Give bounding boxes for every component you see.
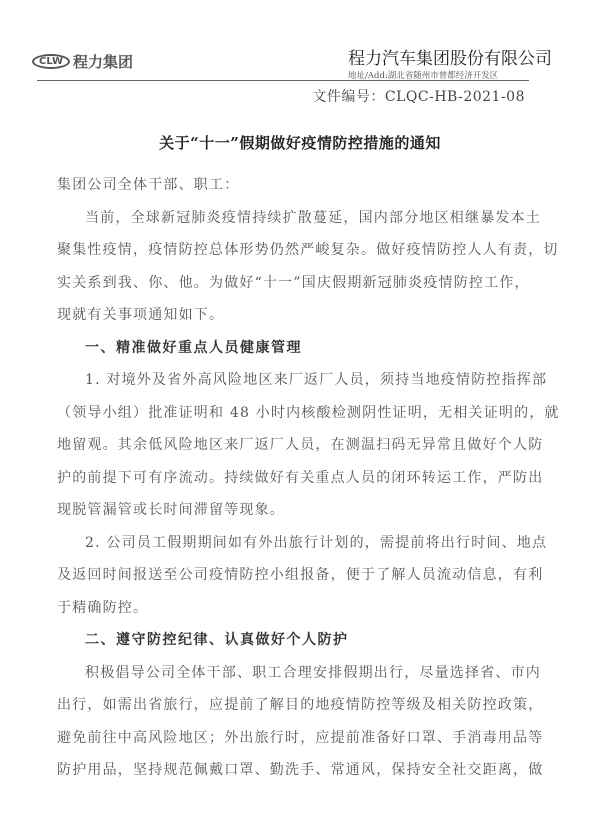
paragraph-line: 2. 公司员工假期期间如有外出旅行计划的，需提前将出行时间、地点: [57, 527, 529, 560]
paragraph-line: 1. 对境外及省外高风险地区来厂返厂人员，须持当地疫情防控指挥部: [57, 364, 529, 397]
paragraph-line: 护的前提下可有序流动。持续做好有关重点人员的闭环转运工作，严防出: [57, 462, 529, 495]
paragraph-line: 现脱管漏管或长时间滞留等现象。: [57, 494, 529, 527]
paragraph-line: （领导小组）批准证明和 48 小时内核酸检测阴性证明，无相关证明的，就: [57, 397, 529, 430]
paragraph-line: 实关系到我、你、他。为做好“十一”国庆假期新冠肺炎疫情防控工作，: [57, 267, 529, 300]
paragraph-line: 积极倡导公司全体干部、职工合理安排假期出行，尽量选择省、市内: [57, 657, 529, 690]
section-heading: 一、精准做好重点人员健康管理: [57, 332, 529, 365]
section-heading: 二、遵守防控纪律、认真做好个人防护: [57, 624, 529, 657]
document-number: 文件编号：CLQC-HB-2021-08: [312, 86, 525, 106]
paragraph-line: 当前，全球新冠肺炎疫情持续扩散蔓延，国内部分地区相继暴发本土: [57, 202, 529, 235]
paragraph-line: 及返回时间报送至公司疫情防控小组报备，便于了解人员流动信息，有利: [57, 559, 529, 592]
paragraph-line: 现就有关事项通知如下。: [57, 299, 529, 332]
company-name: 程力汽车集团股份有限公司: [348, 44, 552, 69]
paragraph-line: 聚集性疫情，疫情防控总体形势仍然严峻复杂。做好疫情防控人人有责，切: [57, 234, 529, 267]
document-body: 集团公司全体干部、职工： 当前，全球新冠肺炎疫情持续扩散蔓延，国内部分地区相继暴…: [57, 169, 529, 787]
header-divider: [37, 80, 529, 81]
company-logo: CLW 程力集团: [32, 51, 133, 72]
paragraph-line: 防护用品，坚持规范佩戴口罩、勤洗手、常通风，保持安全社交距离，做: [57, 754, 529, 787]
paragraph-line: 于精确防控。: [57, 592, 529, 625]
paragraph-line: 避免前往中高风险地区；外出旅行时，应提前准备好口罩、手消毒用品等: [57, 722, 529, 755]
clw-logo-icon: CLW: [32, 54, 70, 69]
document-title: 关于“十一”假期做好疫情防控措施的通知: [0, 132, 600, 153]
paragraph-line: 出行，如需出省旅行，应提前了解目的地疫情防控等级及相关防控政策，: [57, 689, 529, 722]
salutation: 集团公司全体干部、职工：: [57, 169, 529, 202]
paragraph-line: 地留观。其余低风险地区来厂返厂人员，在测温扫码无异常且做好个人防: [57, 429, 529, 462]
logo-text: 程力集团: [73, 51, 133, 72]
